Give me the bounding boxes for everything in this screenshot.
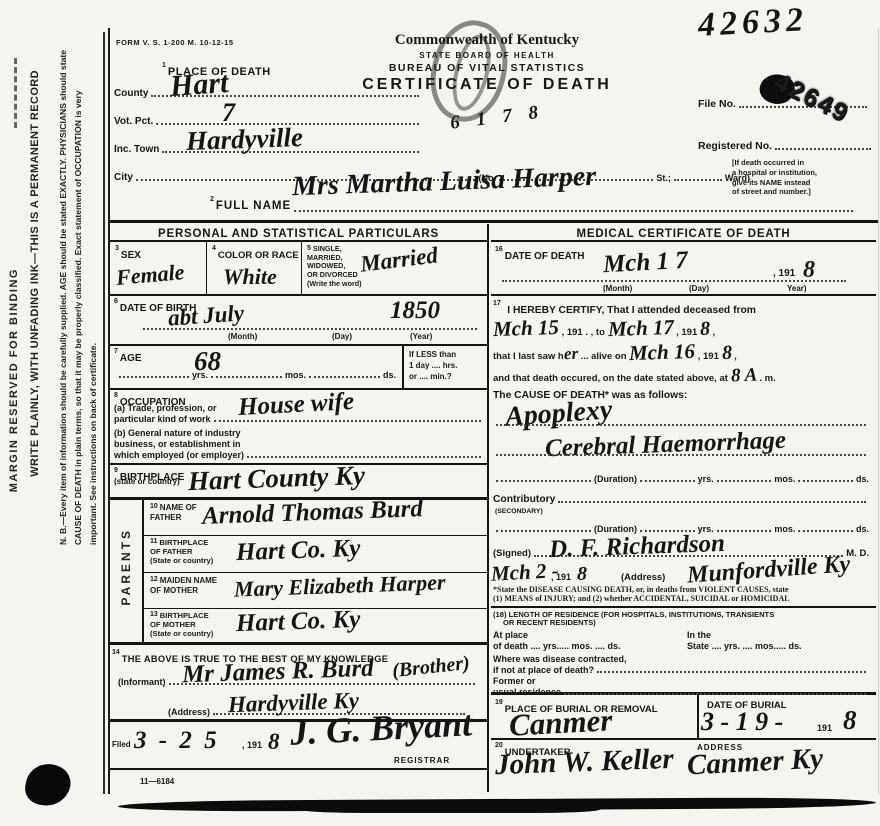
full-name-label: FULL NAME (216, 200, 291, 212)
cause-footnote: *State the DISEASE CAUSING DEATH, or, in… (491, 585, 876, 608)
certify-line3: that I last saw her ... alive on Mch 16 … (493, 346, 873, 362)
marital-cell: 5SINGLE, MARRIED, WIDOWED, OR DIVORCED (… (302, 242, 489, 296)
item-number: 19 (495, 699, 503, 706)
item-number: 8 (114, 392, 118, 399)
medical-title-band: MEDICAL CERTIFICATE OF DEATH (491, 224, 876, 242)
item-number: 14 (112, 649, 120, 656)
date-of-death-row: 16DATE OF DEATH Mch 1 7 , 191 8 (Month) … (491, 242, 876, 296)
last-saw-year: 8 (721, 347, 731, 359)
registrar-signature: J. G. Bryant (289, 705, 473, 750)
item-number: 16 (495, 246, 503, 253)
less-than-line2: 1 day .... hrs. (409, 360, 489, 371)
birthplace-row: 9BIRTHPLACE (state or country) Hart Coun… (110, 465, 487, 500)
mother-maiden-row: 12MAIDEN NAME OF MOTHER Mary Elizabeth H… (144, 573, 487, 609)
date-of-death-label: DATE OF DEATH (505, 251, 585, 262)
certify-to-print: , 191 (676, 327, 697, 338)
dotted-line (597, 669, 866, 673)
age-ds-label: ds. (383, 370, 396, 380)
item-number: 7 (114, 348, 118, 355)
dotted-line (674, 177, 722, 181)
dotted-line (558, 499, 866, 503)
county-value: Hart (169, 68, 229, 102)
certify-line4: and that death occured, on the date stat… (493, 370, 873, 384)
last-saw-print-c: , 191 (698, 351, 719, 362)
registrar-label: REGISTRAR (394, 756, 450, 765)
attended-from-value: Mch 15 (493, 321, 559, 336)
birth-year-label: (Year) (410, 332, 432, 341)
less-than-line1: If LESS than (409, 349, 489, 360)
margin-binding-text: MARGIN RESERVED FOR BINDING (8, 268, 20, 492)
medical-column: MEDICAL CERTIFICATE OF DEATH 16DATE OF D… (491, 224, 876, 792)
death-date-value: Mch 1 7 (602, 248, 688, 277)
last-saw-date: Mch 16 (629, 345, 695, 360)
race-cell: 4COLOR OR RACE White (207, 242, 302, 296)
birth-day-label: (Day) (332, 332, 352, 341)
burial-year-print: 191 (817, 723, 832, 733)
certify-line2: Mch 15 , 191 . , to Mch 17 , 191 8 , (493, 322, 873, 338)
last-saw-comma: , (734, 351, 737, 362)
burial-date-value: 3 - 1 9 - (701, 709, 783, 735)
date-of-birth-row: 6DATE OF BIRTH abt July 1850 (Month) (Da… (110, 296, 487, 346)
certify-paragraph: 17 I HEREBY CERTIFY, That I attended dec… (491, 296, 876, 390)
item-number: 10 (150, 503, 158, 510)
occupation-b-line3: which employed (or employer) (114, 450, 244, 460)
informant-address-label: (Address) (168, 707, 210, 717)
street-label: St.; (656, 173, 671, 183)
residence-label-2: OR RECENT RESIDENTS) (503, 618, 596, 627)
birth-year-value: 1850 (390, 298, 440, 323)
file-no-label: File No. (698, 98, 736, 110)
dotted-line (496, 452, 866, 456)
burial-year-value: 8 (843, 707, 857, 734)
item-number: 5 (307, 245, 311, 252)
occupation-row: 8OCCUPATION (a) Trade, profession, or pa… (110, 390, 487, 465)
burial-place-cell: 19PLACE OF BURIAL OR REMOVAL Canmer (491, 695, 699, 740)
age-units-row: yrs. mos. ds. (116, 370, 396, 380)
occupation-value: House wife (237, 389, 354, 420)
hospital-note-line1: [If death occurred in (732, 158, 874, 168)
occupation-b-line2: business, or establishment in (114, 439, 241, 449)
dotted-line (502, 278, 846, 282)
scan-ink-blob (22, 760, 74, 810)
dotted-line (717, 528, 772, 532)
physician-signature: D. F. Richardson (549, 531, 726, 562)
sex-race-marital-row: 3SEX Female 4COLOR OR RACE White 5SINGLE… (110, 242, 487, 296)
undertaker-row: 20UNDERTAKER John W. Keller ADDRESS Canm… (491, 740, 876, 784)
hospital-note-line3: give its NAME instead (732, 178, 874, 188)
personal-column: PERSONAL AND STATISTICAL PARTICULARS 3SE… (110, 224, 489, 792)
contracted-line1: Where was disease contracted, (493, 654, 627, 664)
father-birthplace-value: Hart Co. Ky (236, 536, 361, 565)
voting-precinct-value: 7 (222, 100, 235, 126)
margin-nb-line3: important. See instructions on back of c… (86, 50, 101, 545)
mother-birthplace-row: 13BIRTHPLACE OF MOTHER (State or country… (144, 609, 487, 645)
item-number: 1 (162, 62, 166, 69)
sex-label: SEX (121, 250, 141, 261)
mother-label-1: MAIDEN NAME (160, 576, 217, 585)
contributory-label: Contributory (493, 494, 555, 505)
dotted-line (798, 528, 853, 532)
dotted-line (717, 478, 772, 482)
scan-page-edge-2 (300, 806, 600, 813)
county-row: County (114, 88, 422, 99)
inc-town-label: Inc. Town (114, 144, 159, 155)
last-saw-print-a: that I last saw h (493, 351, 564, 362)
personal-title: PERSONAL AND STATISTICAL PARTICULARS (158, 228, 439, 240)
margin-permanent-text: WRITE PLAINLY, WITH UNFADING INK—THIS IS… (29, 70, 41, 477)
item-number: 11 (150, 538, 157, 545)
birth-month-label: (Month) (228, 332, 257, 341)
certify-comma: , (713, 327, 716, 338)
occupation-a-line2: particular kind of work (114, 414, 211, 424)
binding-tick-marks (14, 58, 17, 128)
filed-year-value: 8 (268, 730, 280, 753)
father-bp-label-1: BIRTHPLACE (159, 538, 208, 547)
death-year-label: Year) (787, 284, 807, 293)
her-value: er (564, 349, 579, 360)
medical-title: MEDICAL CERTIFICATE OF DEATH (576, 228, 790, 240)
contributory-block: Contributory (SECONDARY) (Duration) yrs.… (491, 490, 876, 585)
cause-duration-row: (Duration) yrs. mos. ds. (493, 474, 869, 484)
dotted-line (496, 478, 591, 482)
hospital-note: [If death occurred in a hospital or inst… (732, 158, 874, 197)
residence-block: (18) LENGTH OF RESIDENCE (FOR HOSPITALS,… (491, 608, 876, 695)
physician-address-label: (Address) (621, 572, 665, 583)
age-row: 7AGE 68 yrs. mos. ds. If LESS than 1 day… (110, 346, 487, 390)
death-time-value: 8 A (730, 370, 757, 382)
dotted-line (211, 374, 282, 378)
marital-label-5: (Write the word) (307, 280, 489, 289)
death-certificate-scan: 42632 MARGIN RESERVED FOR BINDING WRITE … (0, 0, 880, 826)
sex-cell: 3SEX Female (110, 242, 207, 296)
contracted-line2-row: if not at place of death? (493, 665, 869, 675)
age-mos-label: mos. (285, 370, 306, 380)
footnote-line2: (1) MEANS of INJURY; and (2) whether ACC… (491, 594, 876, 603)
burial-date-cell: DATE OF BURIAL 3 - 1 9 - 191 8 (699, 695, 876, 740)
death-day-label: (Day) (689, 284, 709, 293)
birthplace-value: Hart County Ky (188, 462, 366, 495)
burial-place-value: Canmer (508, 704, 613, 740)
mos-label-2: mos. (774, 524, 795, 534)
secondary-label: (SECONDARY) (495, 508, 543, 515)
father-name-row: 10NAME OF FATHER Arnold Thomas Burd (144, 500, 487, 536)
mos-label: mos. (774, 474, 795, 484)
filed-row: Filed 3 - 2 5 , 191 8 J. G. Bryant REGIS… (110, 722, 487, 770)
margin-nb-line1: N. B.—Every item of information should b… (56, 50, 71, 545)
informant-label: (Informant) (118, 677, 166, 687)
dotted-line (143, 326, 477, 330)
certificate-body: FORM V. S. 1-200 M. 10-12-15 Commonwealt… (108, 28, 879, 794)
signed-label: (Signed) (493, 548, 531, 559)
signature-year-value: 8 (577, 564, 587, 584)
mother-bp-label-1: BIRTHPLACE (160, 611, 209, 620)
duration-label: (Duration) (594, 474, 637, 484)
filed-year-print: , 191 (242, 740, 262, 750)
parents-label-cell: PARENTS (110, 500, 144, 645)
section-divider (110, 220, 878, 223)
race-value: White (223, 266, 277, 288)
yrs-label: yrs. (698, 474, 714, 484)
item-number: 6 (114, 298, 118, 305)
margin-nb-line2: CAUSE OF DEATH in plain terms, so that i… (71, 50, 86, 545)
occupation-b-line3-row: which employed (or employer) (114, 450, 484, 460)
age-yrs-label: yrs. (192, 370, 208, 380)
in-state-line2: State .... yrs. .... mos..... ds. (687, 641, 802, 651)
at-place-line1: At place (493, 630, 528, 640)
certify-from-print: , 191 . , to (562, 327, 605, 338)
marital-label-1: SINGLE, (313, 244, 342, 253)
dotted-line (119, 374, 189, 378)
undertaker-cell: 20UNDERTAKER John W. Keller (491, 740, 689, 784)
item-number: 4 (212, 245, 216, 252)
item-number: 17 (493, 300, 501, 307)
registered-no-label: Registered No. (698, 140, 772, 152)
dotted-line (496, 422, 866, 426)
form-code: 11—6184 (140, 777, 174, 786)
dotted-line (775, 146, 871, 150)
registered-no-row: Registered No. (698, 140, 874, 152)
burial-row: 19PLACE OF BURIAL OR REMOVAL Canmer DATE… (491, 695, 876, 740)
item-number: 13 (150, 611, 158, 618)
item-number: 2 (210, 196, 214, 203)
margin-nb-text: N. B.—Every item of information should b… (56, 50, 101, 545)
birthplace-sublabel: (state or country) (114, 477, 180, 486)
filed-date-value: 3 - 2 5 (134, 728, 220, 753)
item-number: 3 (115, 245, 119, 252)
signature-year-print: , 191 (551, 572, 571, 582)
father-name-value: Arnold Thomas Burd (202, 496, 424, 529)
dotted-line (247, 454, 481, 458)
death-occurred-print: and that death occured, on the date stat… (493, 373, 728, 384)
hospital-note-line2: a hospital or institution, (732, 168, 874, 178)
at-place-line2: of death .... yrs..... mos. .... ds. (493, 641, 621, 651)
last-saw-print-b: ... alive on (581, 351, 627, 362)
dotted-line (640, 478, 695, 482)
informant-value: Mr James R. Burd (182, 656, 374, 688)
dotted-line (496, 528, 591, 532)
parents-vertical-label: PARENTS (119, 528, 133, 605)
county-label: County (114, 88, 148, 99)
inc-town-value: Hardyville (186, 124, 304, 155)
dotted-line (309, 374, 380, 378)
item-number: 9 (114, 467, 118, 474)
city-label: City (114, 172, 133, 183)
footnote-line1: *State the DISEASE CAUSING DEATH, or, in… (491, 585, 876, 594)
father-birthplace-row: 11BIRTHPLACE OF FATHER (State or country… (144, 536, 487, 573)
occupation-a-line1: (a) Trade, profession, or (114, 403, 217, 413)
death-month-label: (Month) (603, 284, 632, 293)
undertaker-address-value: Canmer Ky (686, 744, 823, 780)
filed-label: Filed (112, 740, 131, 749)
dotted-line (798, 478, 853, 482)
attended-to-value: Mch 17 (607, 321, 673, 336)
dotted-line (294, 208, 853, 212)
signature-date-value: Mch 2 - (490, 560, 559, 585)
race-label: COLOR OR RACE (218, 250, 299, 261)
occupation-b-line1: (b) General nature of industry (114, 428, 241, 438)
form-number: FORM V. S. 1-200 M. 10-12-15 (116, 38, 234, 47)
mother-birthplace-value: Hart Co. Ky (236, 607, 361, 636)
cause-of-death-block: The CAUSE OF DEATH* was as follows: Apop… (491, 390, 876, 490)
item-number: 12 (150, 576, 158, 583)
less-than-day-cell: If LESS than 1 day .... hrs. or .... min… (402, 346, 489, 390)
father-label-1: NAME OF (160, 503, 197, 512)
parents-block: PARENTS 10NAME OF FATHER Arnold Thomas B… (110, 500, 487, 645)
death-occurred-print-b: . m. (759, 373, 775, 384)
sex-value: Female (115, 261, 185, 289)
contracted-line2: if not at place of death? (493, 665, 594, 675)
age-label: AGE (120, 353, 142, 364)
undertaker-address-cell: ADDRESS Canmer Ky (689, 740, 876, 784)
ds-label-2: ds. (856, 524, 869, 534)
less-than-line3: or .... min.? (409, 371, 489, 382)
former-line1: Former or (493, 676, 536, 686)
contributory-row: Contributory (493, 494, 869, 505)
personal-title-band: PERSONAL AND STATISTICAL PARTICULARS (110, 224, 487, 242)
in-state-line1: In the (687, 630, 711, 640)
file-number-stamp: 42649 (770, 68, 854, 129)
undertaker-value: John W. Keller (495, 745, 675, 780)
mother-maiden-value: Mary Elizabeth Harper (234, 571, 446, 600)
ds-label: ds. (856, 474, 869, 484)
attended-to-year: 8 (700, 323, 710, 335)
voting-precinct-label: Vot. Pct. (114, 116, 153, 127)
